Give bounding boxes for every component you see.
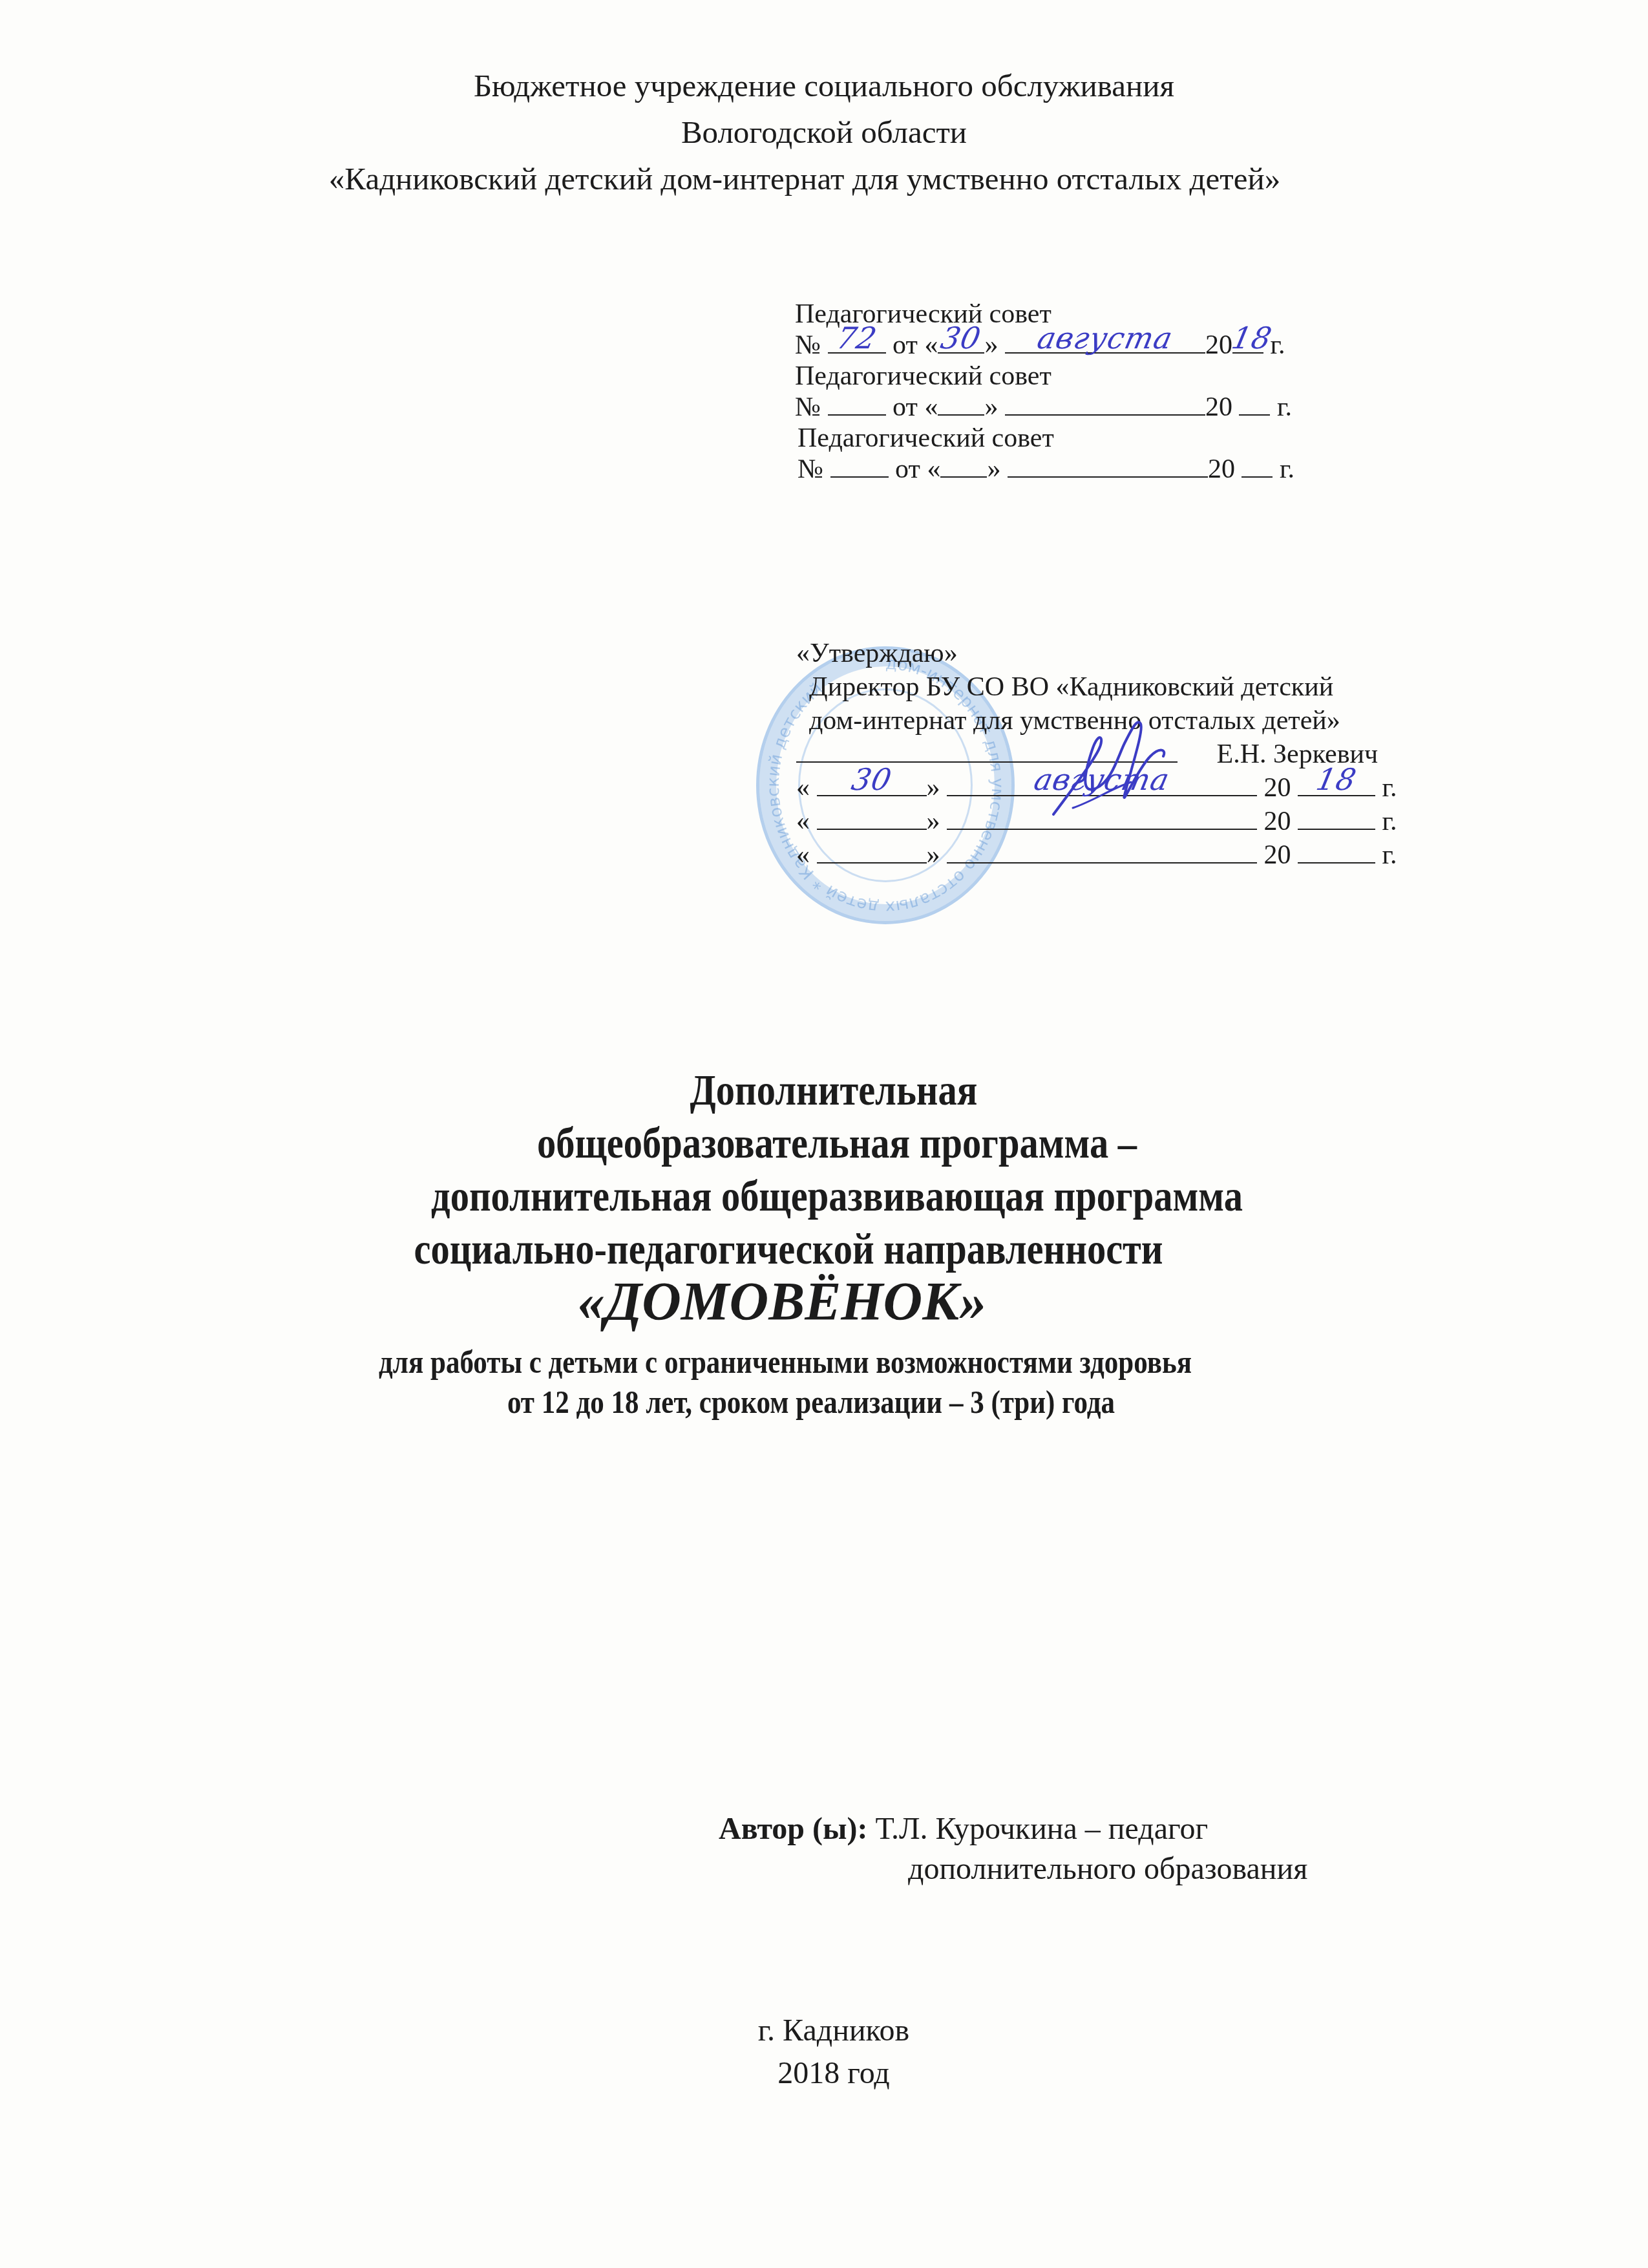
council-day-field: 30 xyxy=(938,330,984,354)
number-sign: № xyxy=(798,454,823,484)
open-quote: « xyxy=(796,807,810,836)
number-sign: № xyxy=(795,392,821,422)
year-prefix: 20 xyxy=(1205,392,1232,422)
council-number-field xyxy=(830,454,889,478)
city: г. Кадников xyxy=(19,2010,1648,2051)
council-number-field: 72 xyxy=(828,330,886,354)
year-suffix: г. xyxy=(1280,454,1294,484)
from-label: от « xyxy=(893,330,938,360)
year-suffix: г. xyxy=(1382,807,1397,836)
handwritten-year: 18 xyxy=(1294,763,1379,796)
institution-line-3: «Кадниковский детский дом-интернат для у… xyxy=(0,156,1648,202)
year-prefix: 20 xyxy=(1205,330,1232,360)
open-quote: « xyxy=(796,773,810,803)
program-name: «ДОМОВЁНОК» xyxy=(0,1271,1648,1333)
program-title-line-4: социально-педагогической направленности xyxy=(49,1223,1528,1275)
close-quote: » xyxy=(984,392,998,422)
program-audience: для работы с детьми с ограниченными возм… xyxy=(43,1342,1527,1382)
author-name: Т.Л. Курочкина – педагог xyxy=(875,1812,1208,1846)
director-position-line-1: Директор БУ СО ВО «Кадниковский детский xyxy=(796,670,1397,704)
approval-day-field xyxy=(817,840,927,864)
year-prefix: 20 xyxy=(1264,773,1291,803)
institution-line-2: Вологодской области xyxy=(0,109,1648,156)
council-record: № от «» 20 г. xyxy=(795,454,1294,485)
year-prefix: 20 xyxy=(1264,840,1291,870)
document-page: Бюджетное учреждение социального обслужи… xyxy=(0,0,1648,2268)
program-title-line-3: дополнительная общеразвивающая программа xyxy=(140,1170,1535,1222)
institution-line-1: Бюджетное учреждение социального обслужи… xyxy=(0,63,1648,109)
year-suffix: г. xyxy=(1270,330,1285,360)
from-label: от « xyxy=(893,392,938,422)
close-quote: » xyxy=(927,807,940,836)
council-month-field xyxy=(1005,392,1205,416)
council-year-field xyxy=(1241,454,1273,478)
council-month-field: августа xyxy=(1005,330,1205,354)
program-title-line-2: общеобразовательная программа – xyxy=(140,1117,1535,1169)
handwritten-day: 30 xyxy=(935,323,988,354)
approval-month-field xyxy=(947,840,1257,864)
approval-heading: «Утверждаю» xyxy=(796,637,1397,670)
close-quote: » xyxy=(927,840,940,870)
close-quote: » xyxy=(984,330,998,360)
council-record: № от «» 20 г. xyxy=(795,392,1294,423)
council-label: Педагогический совет xyxy=(795,361,1294,392)
close-quote: » xyxy=(987,454,1000,484)
number-sign: № xyxy=(795,330,821,360)
year-suffix: г. xyxy=(1277,392,1292,422)
year-suffix: г. xyxy=(1382,840,1397,870)
author-label: Автор (ы): xyxy=(719,1812,867,1846)
close-quote: » xyxy=(927,773,940,803)
author-role: дополнительного образования xyxy=(908,1850,1307,1889)
council-year-field xyxy=(1239,392,1270,416)
council-block: Педагогический совет № 72 от «30» август… xyxy=(795,299,1294,485)
approval-year-field xyxy=(1298,807,1375,830)
year-prefix: 20 xyxy=(1264,807,1291,836)
approval-year-field xyxy=(1298,840,1375,864)
program-duration: от 12 до 18 лет, сроком реализации – 3 (… xyxy=(91,1382,1530,1422)
approval-year-field: 18 xyxy=(1298,773,1375,796)
handwritten-signature-icon xyxy=(1034,711,1183,834)
council-day-field xyxy=(940,454,987,478)
handwritten-number: 72 xyxy=(824,323,889,354)
council-day-field xyxy=(938,392,984,416)
open-quote: « xyxy=(796,840,810,870)
approval-day-field xyxy=(817,807,927,830)
handwritten-day: 30 xyxy=(813,763,930,796)
council-month-field xyxy=(1008,454,1208,478)
author-line: Автор (ы): Т.Л. Курочкина – педагог xyxy=(719,1810,1208,1849)
approval-date-row: « » 20 г. xyxy=(796,838,1397,872)
council-label: Педагогический совет xyxy=(795,423,1294,454)
approval-day-field: 30 xyxy=(817,773,927,796)
handwritten-month: августа xyxy=(1002,323,1209,354)
council-record: № 72 от «30» августа2018 г. xyxy=(795,330,1294,361)
year: 2018 год xyxy=(19,2053,1648,2094)
council-number-field xyxy=(828,392,886,416)
year-prefix: 20 xyxy=(1208,454,1235,484)
council-year-field: 18 xyxy=(1232,330,1263,354)
program-title-line-1: Дополнительная xyxy=(133,1064,1534,1116)
year-suffix: г. xyxy=(1382,773,1397,803)
handwritten-year: 18 xyxy=(1229,323,1267,354)
from-label: от « xyxy=(895,454,940,484)
